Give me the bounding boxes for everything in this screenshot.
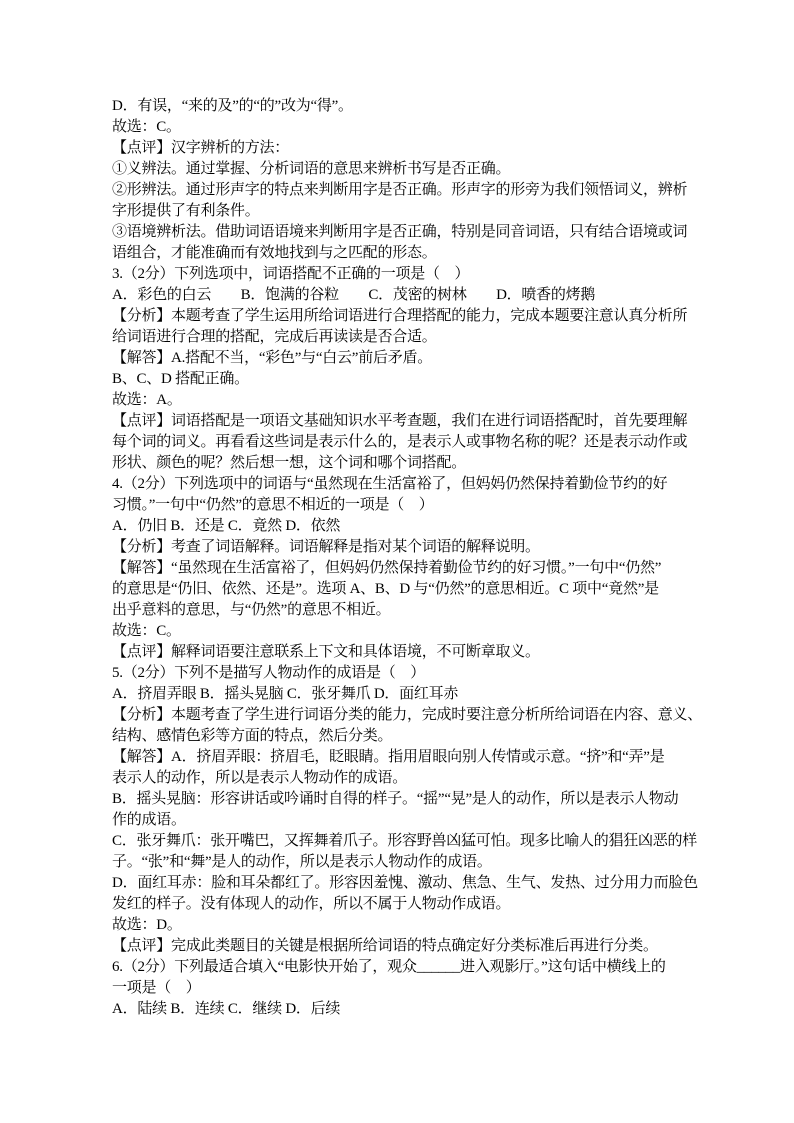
text-line: 的意思是“仍旧、依然、还是”。选项 A、B、D 与“仍然”的意思相近。C 项中“… (112, 579, 692, 600)
text-line: 形状、颜色的呢？然后想一想，这个词和哪个词搭配。 (112, 453, 692, 474)
text-line: 每个词的词义。再看看这些词是表示什么的，是表示人或事物名称的呢？还是表示动作或 (112, 432, 692, 453)
document-text: D．有误，“来的及”的“的”改为“得”。故选：C。【点评】汉字辨析的方法：①义辨… (112, 96, 692, 1020)
text-line: 5.（2分）下列不是描写人物动作的成语是（ ） (112, 663, 692, 684)
text-line: 【解答】A．挤眉弄眼：挤眉毛，眨眼睛。指用眉眼向别人传情或示意。“挤”和“弄”是 (112, 747, 692, 768)
text-line: A．陆续 B．连续 C．继续 D．后续 (112, 999, 692, 1020)
text-line: 故选：D。 (112, 915, 692, 936)
text-line: 【解答】“虽然现在生活富裕了，但妈妈仍然保持着勤俭节约的好习惯。”一句中“仍然” (112, 558, 692, 579)
text-line: ①义辨法。通过掌握、分析词语的意思来辨析书写是否正确。 (112, 159, 692, 180)
text-line: ③语境辨析法。借助词语语境来判断用字是否正确，特别是同音词语，只有结合语境或词 (112, 222, 692, 243)
text-line: 【分析】本题考查了学生进行词语分类的能力，完成时要注意分析所给词语在内容、意义、 (112, 705, 692, 726)
document-page: D．有误，“来的及”的“的”改为“得”。故选：C。【点评】汉字辨析的方法：①义辨… (0, 0, 794, 1123)
text-line: 子。“张”和“舞”是人的动作，所以是表示人物动作的成语。 (112, 852, 692, 873)
text-line: D．面红耳赤：脸和耳朵都红了。形容因羞愧、激动、焦急、生气、发热、过分用力而脸色 (112, 873, 692, 894)
text-line: 发红的样子。没有体现人的动作，所以不属于人物动作成语。 (112, 894, 692, 915)
text-line: A．仍旧 B．还是 C．竟然 D．依然 (112, 516, 692, 537)
text-line: 语组合，才能准确而有效地找到与之匹配的形态。 (112, 243, 692, 264)
text-line: B、C、D 搭配正确。 (112, 369, 692, 390)
text-line: 结构、感情色彩等方面的特点，然后分类。 (112, 726, 692, 747)
text-line: D．有误，“来的及”的“的”改为“得”。 (112, 96, 692, 117)
text-line: 字形提供了有利条件。 (112, 201, 692, 222)
text-line: 出乎意料的意思，与“仍然”的意思不相近。 (112, 600, 692, 621)
text-line: 【分析】考查了词语解释。词语解释是指对某个词语的解释说明。 (112, 537, 692, 558)
text-line: 给词语进行合理的搭配，完成后再读读是否合适。 (112, 327, 692, 348)
text-line: 6.（2分）下列最适合填入“电影快开始了，观众______进入观影厅。”这句话中… (112, 957, 692, 978)
text-line: 【点评】汉字辨析的方法： (112, 138, 692, 159)
text-line: C．张牙舞爪：张开嘴巴，又挥舞着爪子。形容野兽凶猛可怕。现多比喻人的猖狂凶恶的样 (112, 831, 692, 852)
text-line: A．彩色的白云 B．饱满的谷粒 C．茂密的树林 D．喷香的烤鹅 (112, 285, 692, 306)
text-line: ②形辨法。通过形声字的特点来判断用字是否正确。形声字的形旁为我们领悟词义，辨析 (112, 180, 692, 201)
text-line: A．挤眉弄眼 B．摇头晃脑 C．张牙舞爪 D．面红耳赤 (112, 684, 692, 705)
text-line: 【点评】解释词语要注意联系上下文和具体语境，不可断章取义。 (112, 642, 692, 663)
text-line: 习惯。”一句中“仍然”的意思不相近的一项是（ ） (112, 495, 692, 516)
text-line: 一项是（ ） (112, 978, 692, 999)
text-line: 【分析】本题考查了学生运用所给词语进行合理搭配的能力，完成本题要注意认真分析所 (112, 306, 692, 327)
text-line: 【点评】完成此类题目的关键是根据所给词语的特点确定好分类标准后再进行分类。 (112, 936, 692, 957)
text-line: 故选：C。 (112, 621, 692, 642)
text-line: B．摇头晃脑：形容讲话或吟诵时自得的样子。“摇”“晃”是人的动作，所以是表示人物… (112, 789, 692, 810)
text-line: 【点评】词语搭配是一项语文基础知识水平考查题，我们在进行词语搭配时，首先要理解 (112, 411, 692, 432)
text-line: 故选：C。 (112, 117, 692, 138)
text-line: 【解答】A.搭配不当，“彩色”与“白云”前后矛盾。 (112, 348, 692, 369)
text-line: 作的成语。 (112, 810, 692, 831)
text-line: 4.（2分）下列选项中的词语与“虽然现在生活富裕了，但妈妈仍然保持着勤俭节约的好 (112, 474, 692, 495)
text-line: 故选：A。 (112, 390, 692, 411)
text-line: 3.（2分）下列选项中，词语搭配不正确的一项是（ ） (112, 264, 692, 285)
text-line: 表示人的动作，所以是表示人物动作的成语。 (112, 768, 692, 789)
